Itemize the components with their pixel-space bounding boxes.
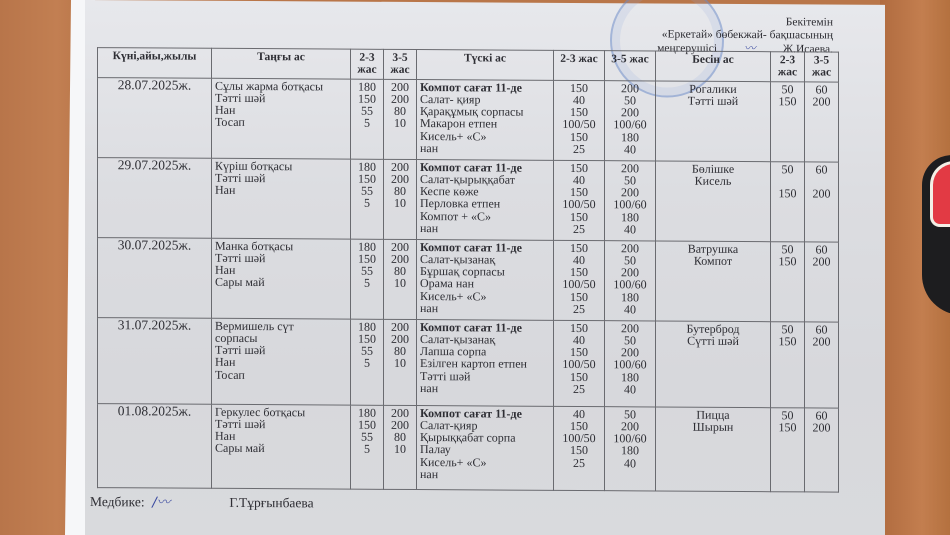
cell-line: 150 xyxy=(774,255,801,267)
snack-items: БутербродСүтті шәй xyxy=(656,321,771,408)
cell-line: Кисель+ «С» xyxy=(420,456,550,469)
breakfast-portions-3-5: 2002008010 xyxy=(384,239,417,319)
header-lunch-3-5: 3-5 жас xyxy=(605,51,656,81)
breakfast-portions-2-3: 180150555 xyxy=(351,79,384,159)
cell-line: 25 xyxy=(557,303,601,316)
breakfast-portions-3-5: 2002008010 xyxy=(384,79,417,159)
header-snack-2-3: 2-3 жас xyxy=(771,52,805,82)
snack-portions-3-5: 60200 xyxy=(805,81,839,161)
table-row: 29.07.2025ж.Күріш ботқасыТәтті шәйНан 18… xyxy=(98,157,839,242)
table-row: 30.07.2025ж.Манка ботқасыТәтті шәйНанСар… xyxy=(98,237,839,322)
cell-line: 25 xyxy=(557,383,601,396)
lunch-items: Компот сағат 11-деСалат- қиярҚарақұмық с… xyxy=(417,79,554,160)
snack-items: ПиццаШырын xyxy=(656,407,771,492)
cell-line: 25 xyxy=(557,457,601,470)
cell-line: Нан xyxy=(215,184,347,197)
header-lunch-2-3: 2-3 жас xyxy=(554,50,605,80)
footer-signature: Медбике: /〰 Г.Тұрғынбаева xyxy=(90,490,314,511)
cell-line: нан xyxy=(420,382,550,395)
breakfast-portions-3-5: 2002008010 xyxy=(384,319,417,405)
day-date: 30.07.2025ж. xyxy=(98,237,212,318)
breakfast-items: Сұлы жарма ботқасыТәтті шәйНанТосап xyxy=(212,78,351,159)
breakfast-portions-2-3: 180150555 xyxy=(351,239,384,319)
cell-line: 5 xyxy=(354,117,380,129)
lunch-portions-3-5: 50200100/6018040 xyxy=(605,406,656,490)
cell-line: 40 xyxy=(608,457,652,470)
cell-line: нан xyxy=(420,142,550,155)
snack-portions-3-5: 60200 xyxy=(805,321,839,407)
lunch-items: Компот сағат 11-деСалат-қызанақЛапша сор… xyxy=(417,319,554,406)
lunch-items: Компот сағат 11-деСалат-қызанақБұршақ со… xyxy=(417,239,554,320)
snack-portions-3-5: 60 200 xyxy=(805,161,839,241)
cell-line: 40 xyxy=(608,223,652,236)
snack-portions-3-5: 60200 xyxy=(805,241,839,321)
cell-line: 40 xyxy=(608,303,652,316)
cell-line: 150 xyxy=(774,335,801,347)
lunch-portions-3-5: 20050200100/6018040 xyxy=(605,240,656,320)
header-snack-3-5: 3-5 жас xyxy=(805,52,839,82)
breakfast-items: Манка ботқасыТәтті шәйНанСары май xyxy=(212,238,351,319)
cell-line: Кисель+ «С» xyxy=(420,130,550,143)
cell-line: 10 xyxy=(387,197,413,209)
lunch-items: Компот сағат 11-деСалат-қиярҚырыққабат с… xyxy=(417,405,554,490)
cell-line: 5 xyxy=(354,277,380,289)
cell-line: Кисель xyxy=(659,174,767,187)
cell-line: Сары май xyxy=(215,276,347,289)
breakfast-items: Геркулес ботқасыТәтті шәйНанСары май xyxy=(212,404,351,489)
breakfast-portions-2-3: 180150555 xyxy=(351,319,384,405)
cell-line: Сары май xyxy=(215,442,347,455)
cell-line: Компот + «С» xyxy=(420,210,550,223)
cell-line: 200 xyxy=(808,188,835,200)
breakfast-items: Күріш ботқасыТәтті шәйНан xyxy=(212,158,351,239)
cell-line: 5 xyxy=(354,443,380,455)
cell-line: 10 xyxy=(387,357,413,369)
lunch-portions-3-5: 20050200100/6018040 xyxy=(605,320,656,406)
snack-portions-2-3: 50150 xyxy=(771,81,805,161)
lunch-portions-2-3: 15040150100/5015025 xyxy=(554,80,605,160)
cell-line: Кисель+ «С» xyxy=(420,290,550,303)
table-row: 28.07.2025ж.Сұлы жарма ботқасыТәтті шәйН… xyxy=(98,77,839,162)
day-date: 29.07.2025ж. xyxy=(98,157,212,238)
menu-table: Күні,айы,жылы Таңғы ас 2-3 жас 3-5 жас Т… xyxy=(97,47,839,492)
cell-line: 200 xyxy=(808,421,835,433)
cell-line: 200 xyxy=(808,95,835,107)
cell-line: 150 xyxy=(774,187,801,199)
cell-line: 150 xyxy=(774,421,801,433)
breakfast-portions-3-5: 2002008010 xyxy=(384,405,417,489)
snack-items: РогаликиТәтті шәй xyxy=(656,81,771,162)
cell-line xyxy=(215,196,347,209)
lunch-portions-2-3: 40150100/5015025 xyxy=(554,406,605,490)
cell-line: Тосап xyxy=(215,369,347,382)
snack-portions-2-3: 50150 xyxy=(771,407,805,491)
header-breakfast: Таңғы ас xyxy=(212,48,351,78)
cell-line: 10 xyxy=(387,117,413,129)
cell-line: Сүтті шәй xyxy=(659,334,767,347)
snack-portions-2-3: 50150 xyxy=(771,241,805,321)
snack-portions-2-3: 50150 xyxy=(771,321,805,407)
lunch-portions-2-3: 15040150100/5015025 xyxy=(554,320,605,406)
breakfast-portions-2-3: 180150555 xyxy=(351,159,384,239)
cell-line: Компот xyxy=(659,254,767,267)
cell-line: нан xyxy=(420,468,550,481)
snack-portions-3-5: 60200 xyxy=(805,407,839,491)
cell-line: 200 xyxy=(808,255,835,267)
header-breakfast-3-5: 3-5 жас xyxy=(384,49,417,79)
lunch-portions-2-3: 15040150100/5015025 xyxy=(554,240,605,320)
breakfast-portions-3-5: 2002008010 xyxy=(384,159,417,239)
header-lunch: Түскі ас xyxy=(417,50,554,80)
snack-portions-2-3: 50 150 xyxy=(771,161,805,241)
day-date: 31.07.2025ж. xyxy=(98,317,212,404)
menu-document: Бекітемін «Еркетай» бөбекжай- бақшасының… xyxy=(85,0,885,535)
cell-line: 25 xyxy=(557,143,601,156)
red-object xyxy=(922,155,950,315)
breakfast-portions-2-3: 180150555 xyxy=(351,405,384,489)
cell-line: Тәтті шәй xyxy=(659,94,767,107)
cell-line: 5 xyxy=(354,197,380,209)
lunch-items: Компот сағат 11-деСалат-қырыққабатКеспе … xyxy=(417,159,554,240)
day-date: 28.07.2025ж. xyxy=(98,77,212,158)
day-date: 01.08.2025ж. xyxy=(98,403,212,488)
snack-items: ВатрушкаКомпот xyxy=(656,241,771,322)
nurse-name: Г.Тұрғынбаева xyxy=(229,495,313,511)
nurse-label: Медбике: xyxy=(90,494,145,509)
table-header-row: Күні,айы,жылы Таңғы ас 2-3 жас 3-5 жас Т… xyxy=(98,48,839,82)
cell-line: 40 xyxy=(608,383,652,396)
cell-line: Тосап xyxy=(215,116,347,129)
cell-line: 40 xyxy=(608,143,652,156)
breakfast-items: Вермишель сүтсорпасыТәтті шәйНанТосап xyxy=(212,318,351,405)
cell-line: 10 xyxy=(387,443,413,455)
cell-line: 5 xyxy=(354,357,380,369)
cell-line: 150 xyxy=(774,95,801,107)
header-snack: Бесін ас xyxy=(656,51,771,81)
header-date: Күні,айы,жылы xyxy=(98,48,212,78)
cell-line: Тәтті шәй xyxy=(420,370,550,383)
approval-title: Бекітемін xyxy=(657,15,833,29)
snack-items: БөлішкеКисель xyxy=(656,161,771,242)
cell-line: нан xyxy=(420,302,550,315)
lunch-portions-3-5: 20050200100/6018040 xyxy=(605,80,656,160)
cell-line: нан xyxy=(420,222,550,235)
nurse-signature-icon: /〰 xyxy=(148,490,226,510)
cell-line: 25 xyxy=(557,223,601,236)
lunch-portions-3-5: 20050200100/6018040 xyxy=(605,160,656,240)
cell-line: 200 xyxy=(808,335,835,347)
lunch-portions-2-3: 15040150100/5015025 xyxy=(554,160,605,240)
cell-line: Шырын xyxy=(659,420,767,433)
cell-line: 10 xyxy=(387,277,413,289)
header-breakfast-2-3: 2-3 жас xyxy=(351,49,384,79)
table-row: 01.08.2025ж.Геркулес ботқасыТәтті шәйНан… xyxy=(98,403,839,492)
menu-table-body: 28.07.2025ж.Сұлы жарма ботқасыТәтті шәйН… xyxy=(98,77,839,492)
table-row: 31.07.2025ж.Вермишель сүтсорпасыТәтті шә… xyxy=(98,317,839,408)
